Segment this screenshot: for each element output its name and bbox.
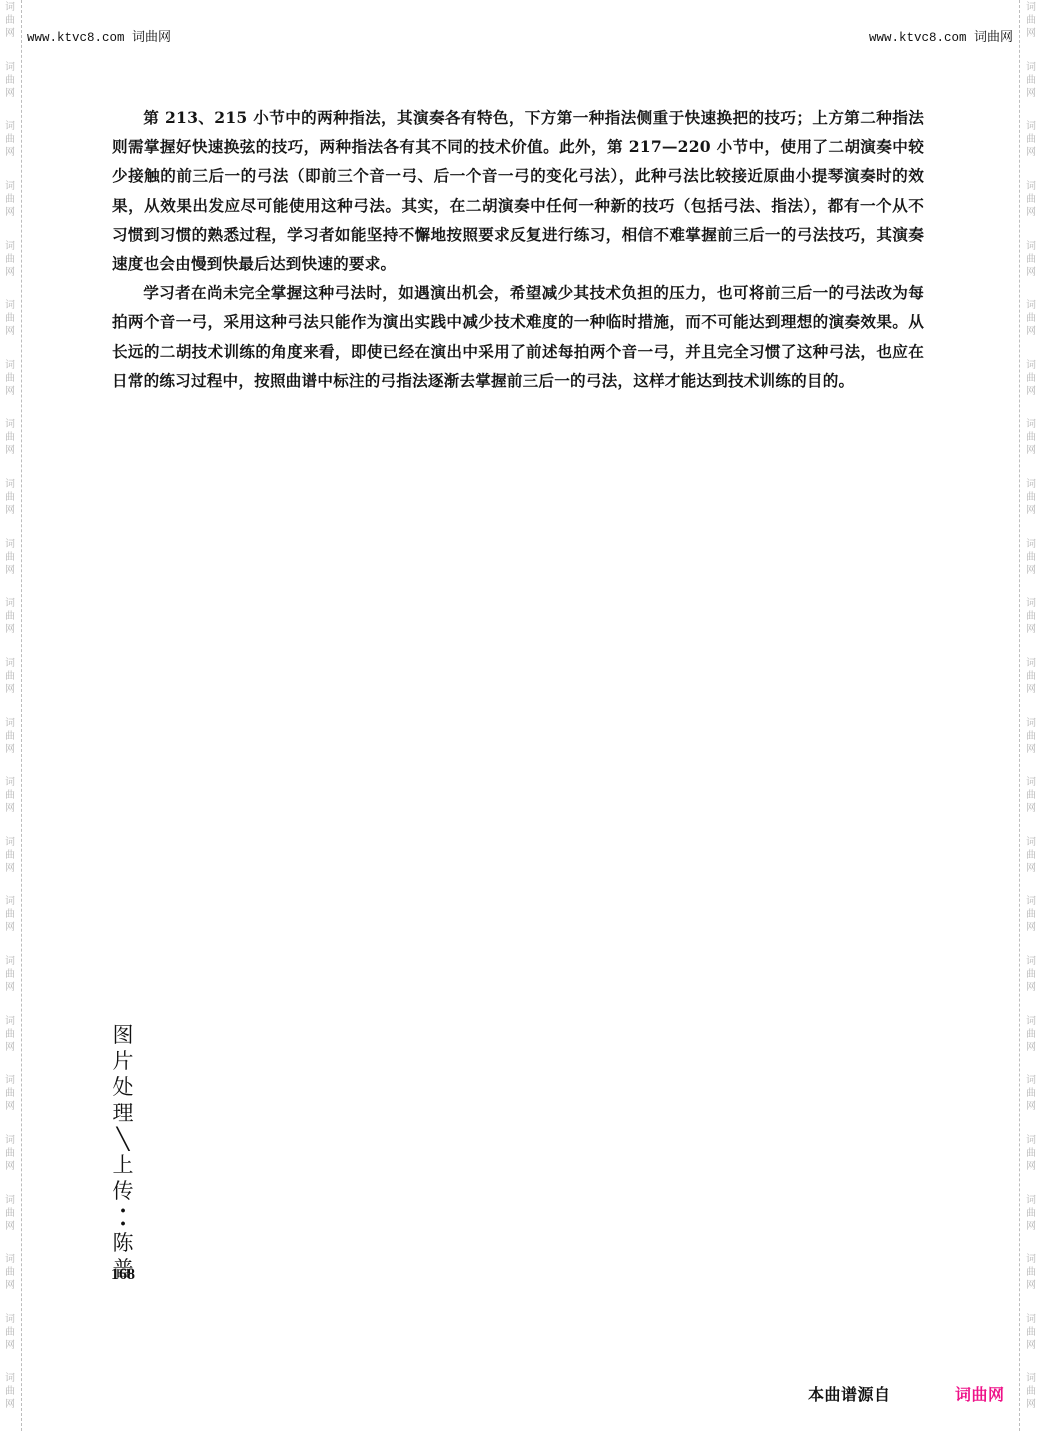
watermark-char: 曲 [1026, 1266, 1036, 1279]
watermark-group: 词曲网 [1026, 60, 1036, 120]
watermark-group: 词曲网 [1026, 835, 1036, 895]
watermark-char: 词 [1026, 1015, 1036, 1028]
watermark-group: 词曲网 [1026, 1193, 1036, 1253]
watermark-group: 词曲网 [5, 537, 15, 597]
watermark-group: 词曲网 [1026, 119, 1036, 179]
watermark-char: 曲 [1026, 789, 1036, 802]
watermark-char: 网 [1026, 504, 1036, 517]
header-site-name: 词曲网 [974, 30, 1013, 45]
watermark-char: 网 [5, 1041, 15, 1054]
watermark-char: 曲 [5, 730, 15, 743]
header-site-name: 词曲网 [132, 30, 171, 45]
watermark-char: 网 [5, 921, 15, 934]
watermark-char: 曲 [5, 1087, 15, 1100]
watermark-group: 词曲网 [1026, 477, 1036, 537]
watermark-char: 网 [5, 1220, 15, 1233]
watermark-char: 网 [5, 981, 15, 994]
watermark-group: 词曲网 [1026, 537, 1036, 597]
credit-char: 处 [113, 1074, 134, 1100]
watermark-char: 词 [5, 836, 15, 849]
watermark-char: 词 [1026, 299, 1036, 312]
watermark-char: 网 [5, 1279, 15, 1292]
watermark-group: 词曲网 [5, 1014, 15, 1074]
watermark-char: 网 [1026, 444, 1036, 457]
watermark-char: 网 [1026, 862, 1036, 875]
watermark-char: 曲 [5, 491, 15, 504]
watermark-group: 词曲网 [1026, 716, 1036, 776]
watermark-group: 词曲网 [1026, 1252, 1036, 1312]
watermark-char: 词 [1026, 1134, 1036, 1147]
watermark-char: 网 [1026, 1398, 1036, 1411]
watermark-group: 词曲网 [1026, 179, 1036, 239]
watermark-char: 网 [5, 385, 15, 398]
watermark-char: 网 [5, 743, 15, 756]
watermark-group: 词曲网 [1026, 954, 1036, 1014]
watermark-group: 词曲网 [1026, 1371, 1036, 1431]
watermark-char: 曲 [1026, 730, 1036, 743]
watermark-char: 曲 [1026, 1087, 1036, 1100]
watermark-char: 网 [1026, 206, 1036, 219]
watermark-char: 曲 [5, 1147, 15, 1160]
watermark-char: 曲 [5, 431, 15, 444]
watermark-char: 曲 [1026, 1028, 1036, 1041]
watermark-char: 曲 [1026, 1385, 1036, 1398]
watermark-group: 词曲网 [1026, 1312, 1036, 1372]
watermark-char: 词 [5, 1372, 15, 1385]
page-number: 168 [111, 1266, 135, 1284]
watermark-char: 网 [1026, 1279, 1036, 1292]
watermark-char: 曲 [1026, 1207, 1036, 1220]
watermark-group: 词曲网 [1026, 1133, 1036, 1193]
watermark-char: 曲 [5, 312, 15, 325]
watermark-char: 曲 [1026, 312, 1036, 325]
watermark-group: 词曲网 [5, 1193, 15, 1253]
watermark-char: 曲 [5, 670, 15, 683]
credit-char: 上 [113, 1152, 134, 1178]
watermark-char: 词 [1026, 240, 1036, 253]
watermark-char: 曲 [1026, 1147, 1036, 1160]
header-watermark-left: www.ktvc8.com 词曲网 [27, 26, 171, 45]
watermark-char: 词 [5, 1015, 15, 1028]
watermark-char: 曲 [1026, 968, 1036, 981]
watermark-char: 曲 [5, 1385, 15, 1398]
watermark-group: 词曲网 [5, 417, 15, 477]
watermark-char: 曲 [1026, 1326, 1036, 1339]
watermark-group: 词曲网 [1026, 775, 1036, 835]
watermark-char: 曲 [5, 1266, 15, 1279]
watermark-group: 词曲网 [5, 1133, 15, 1193]
watermark-group: 词曲网 [5, 119, 15, 179]
paragraph: 学习者在尚未完全掌握这种弓法时，如遇演出机会，希望减少其技术负担的压力，也可将前… [112, 278, 924, 395]
watermark-group: 词曲网 [5, 239, 15, 299]
watermark-char: 网 [1026, 683, 1036, 696]
watermark-char: 词 [5, 1194, 15, 1207]
watermark-char: 曲 [1026, 431, 1036, 444]
watermark-char: 词 [1026, 597, 1036, 610]
watermark-char: 网 [5, 1398, 15, 1411]
watermark-char: 曲 [1026, 74, 1036, 87]
watermark-char: 曲 [1026, 372, 1036, 385]
header-url: www.ktvc8.com [869, 31, 967, 45]
watermark-char: 曲 [1026, 491, 1036, 504]
watermark-char: 词 [5, 120, 15, 133]
watermark-group: 词曲网 [5, 894, 15, 954]
watermark-char: 曲 [5, 551, 15, 564]
watermark-char: 网 [5, 325, 15, 338]
watermark-group: 词曲网 [5, 954, 15, 1014]
credit-char: 陈 [113, 1230, 134, 1256]
watermark-char: 网 [5, 266, 15, 279]
watermark-char: 网 [1026, 564, 1036, 577]
watermark-char: 网 [1026, 27, 1036, 40]
watermark-char: 网 [5, 862, 15, 875]
watermark-char: 网 [5, 683, 15, 696]
credit-char: ╲ [117, 1126, 130, 1152]
watermark-char: 网 [1026, 743, 1036, 756]
watermark-char: 词 [1026, 1253, 1036, 1266]
watermark-char: 曲 [5, 74, 15, 87]
right-watermark-strip: 词曲网词曲网词曲网词曲网词曲网词曲网词曲网词曲网词曲网词曲网词曲网词曲网词曲网词… [1021, 0, 1041, 1431]
credit-char: 理 [113, 1100, 134, 1126]
watermark-group: 词曲网 [1026, 298, 1036, 358]
watermark-char: 词 [1026, 836, 1036, 849]
header-url: www.ktvc8.com [27, 31, 125, 45]
watermark-group: 词曲网 [5, 0, 15, 60]
watermark-group: 词曲网 [1026, 596, 1036, 656]
watermark-char: 网 [5, 802, 15, 815]
watermark-char: 曲 [1026, 670, 1036, 683]
watermark-char: 曲 [5, 1326, 15, 1339]
source-brand-link[interactable]: 词曲网 [955, 1382, 1005, 1405]
source-label: 本曲谱源自 [808, 1382, 891, 1405]
watermark-char: 词 [1026, 359, 1036, 372]
vertical-credit: 图片处理╲上传··陈普 [110, 1022, 136, 1282]
watermark-group: 词曲网 [5, 1252, 15, 1312]
watermark-group: 词曲网 [1026, 239, 1036, 299]
watermark-group: 词曲网 [1026, 417, 1036, 477]
watermark-char: 词 [1026, 61, 1036, 74]
watermark-char: 曲 [1026, 133, 1036, 146]
watermark-char: 词 [1026, 1074, 1036, 1087]
watermark-char: 词 [1026, 895, 1036, 908]
watermark-char: 网 [1026, 623, 1036, 636]
watermark-char: 词 [5, 359, 15, 372]
watermark-char: 词 [5, 538, 15, 551]
watermark-group: 词曲网 [5, 775, 15, 835]
watermark-char: 词 [1026, 717, 1036, 730]
watermark-char: 曲 [1026, 253, 1036, 266]
watermark-char: 网 [1026, 921, 1036, 934]
watermark-char: 网 [5, 1160, 15, 1173]
watermark-char: 词 [5, 1074, 15, 1087]
watermark-group: 词曲网 [5, 1073, 15, 1133]
body-text: 第 213、215 小节中的两种指法，其演奏各有特色，下方第一种指法侧重于快速换… [112, 103, 924, 395]
watermark-char: 词 [5, 180, 15, 193]
watermark-char: 词 [5, 418, 15, 431]
watermark-char: 曲 [5, 908, 15, 921]
watermark-char: 词 [1026, 478, 1036, 491]
watermark-char: 词 [5, 1, 15, 14]
watermark-char: 词 [1026, 1372, 1036, 1385]
watermark-char: 网 [5, 623, 15, 636]
watermark-char: 词 [5, 1313, 15, 1326]
watermark-group: 词曲网 [5, 358, 15, 418]
watermark-group: 词曲网 [5, 716, 15, 776]
watermark-char: 词 [1026, 180, 1036, 193]
watermark-group: 词曲网 [5, 656, 15, 716]
watermark-char: 词 [5, 776, 15, 789]
watermark-char: 曲 [1026, 14, 1036, 27]
watermark-char: 词 [1026, 776, 1036, 789]
watermark-char: 网 [1026, 325, 1036, 338]
watermark-char: 网 [5, 444, 15, 457]
watermark-group: 词曲网 [5, 596, 15, 656]
watermark-char: 词 [5, 299, 15, 312]
header-watermark-right: www.ktvc8.com 词曲网 [869, 26, 1013, 45]
watermark-char: 网 [5, 146, 15, 159]
watermark-char: 曲 [5, 1207, 15, 1220]
watermark-char: 网 [5, 1339, 15, 1352]
watermark-char: 词 [5, 240, 15, 253]
watermark-char: 网 [1026, 1160, 1036, 1173]
watermark-char: 曲 [5, 610, 15, 623]
watermark-char: 网 [5, 206, 15, 219]
watermark-char: 词 [5, 61, 15, 74]
watermark-char: 词 [5, 895, 15, 908]
watermark-char: 曲 [5, 968, 15, 981]
left-watermark-strip: 词曲网词曲网词曲网词曲网词曲网词曲网词曲网词曲网词曲网词曲网词曲网词曲网词曲网词… [0, 0, 20, 1431]
watermark-char: 网 [5, 1100, 15, 1113]
watermark-char: 词 [1026, 955, 1036, 968]
watermark-char: 词 [5, 597, 15, 610]
watermark-char: 网 [1026, 146, 1036, 159]
watermark-group: 词曲网 [5, 60, 15, 120]
watermark-char: 网 [5, 504, 15, 517]
watermark-char: 词 [1026, 120, 1036, 133]
watermark-char: 词 [5, 478, 15, 491]
watermark-char: 曲 [5, 372, 15, 385]
left-dashed-divider [21, 0, 22, 1431]
credit-char: · [119, 1217, 126, 1230]
watermark-char: 词 [1026, 1, 1036, 14]
watermark-group: 词曲网 [5, 1312, 15, 1372]
watermark-group: 词曲网 [1026, 1073, 1036, 1133]
watermark-char: 曲 [1026, 908, 1036, 921]
watermark-group: 词曲网 [1026, 0, 1036, 60]
watermark-char: 词 [5, 1134, 15, 1147]
watermark-char: 词 [5, 1253, 15, 1266]
watermark-char: 网 [1026, 981, 1036, 994]
watermark-char: 词 [5, 955, 15, 968]
watermark-char: 曲 [1026, 610, 1036, 623]
watermark-char: 网 [5, 27, 15, 40]
paragraph: 第 213、215 小节中的两种指法，其演奏各有特色，下方第一种指法侧重于快速换… [112, 103, 924, 278]
watermark-char: 网 [1026, 266, 1036, 279]
watermark-char: 曲 [1026, 193, 1036, 206]
right-dashed-divider [1019, 0, 1020, 1431]
watermark-char: 网 [1026, 1041, 1036, 1054]
watermark-char: 网 [1026, 87, 1036, 100]
watermark-group: 词曲网 [5, 835, 15, 895]
watermark-char: 曲 [5, 193, 15, 206]
watermark-char: 曲 [5, 253, 15, 266]
watermark-char: 曲 [5, 1028, 15, 1041]
watermark-group: 词曲网 [5, 179, 15, 239]
watermark-group: 词曲网 [1026, 1014, 1036, 1074]
watermark-char: 网 [1026, 1100, 1036, 1113]
watermark-char: 词 [5, 717, 15, 730]
watermark-group: 词曲网 [5, 298, 15, 358]
watermark-char: 词 [1026, 418, 1036, 431]
watermark-char: 词 [1026, 1313, 1036, 1326]
credit-char: 片 [113, 1048, 134, 1074]
credit-char: 图 [113, 1022, 134, 1048]
watermark-char: 曲 [1026, 849, 1036, 862]
watermark-char: 网 [1026, 1220, 1036, 1233]
watermark-char: 网 [1026, 1339, 1036, 1352]
watermark-char: 曲 [5, 849, 15, 862]
watermark-group: 词曲网 [5, 1371, 15, 1431]
watermark-char: 词 [1026, 1194, 1036, 1207]
watermark-char: 网 [1026, 802, 1036, 815]
watermark-char: 曲 [1026, 551, 1036, 564]
watermark-group: 词曲网 [5, 477, 15, 537]
watermark-char: 网 [1026, 385, 1036, 398]
watermark-char: 词 [1026, 657, 1036, 670]
watermark-char: 词 [1026, 538, 1036, 551]
watermark-char: 曲 [5, 789, 15, 802]
watermark-group: 词曲网 [1026, 656, 1036, 716]
watermark-char: 网 [5, 87, 15, 100]
watermark-group: 词曲网 [1026, 894, 1036, 954]
watermark-char: 曲 [5, 133, 15, 146]
watermark-char: 词 [5, 657, 15, 670]
watermark-group: 词曲网 [1026, 358, 1036, 418]
watermark-char: 曲 [5, 14, 15, 27]
watermark-char: 网 [5, 564, 15, 577]
